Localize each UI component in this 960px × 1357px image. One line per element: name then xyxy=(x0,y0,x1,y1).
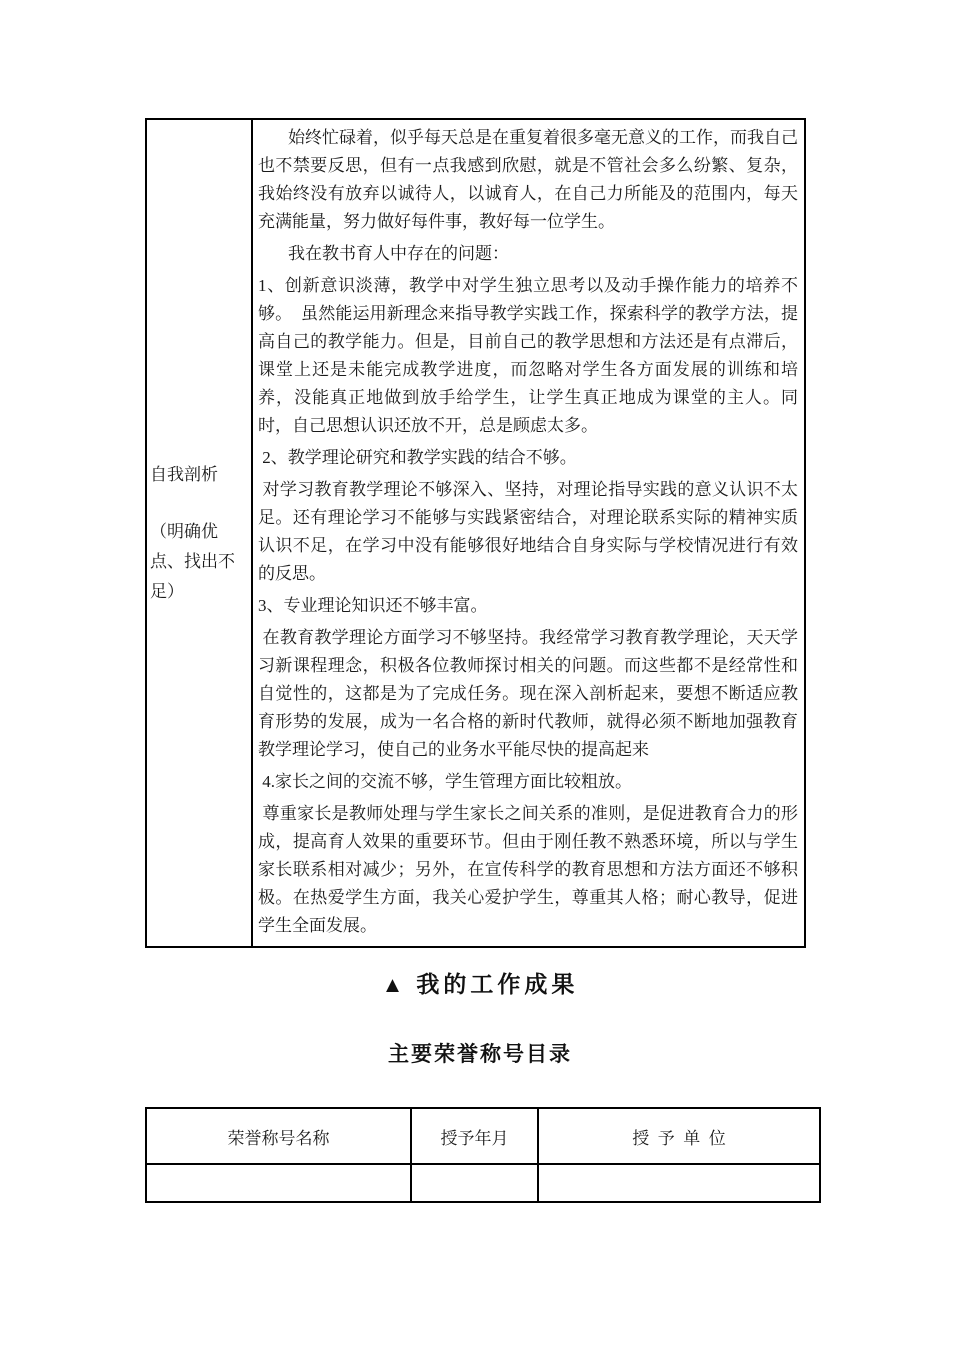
analysis-paragraph-item4-detail: 尊重家长是教师处理与学生家长之间关系的准则，是促进教育合力的形成，提高育人效果的… xyxy=(258,800,798,940)
analysis-label-cell: 自我剖析 （明确优点、找出不足） xyxy=(146,119,252,947)
honors-header-date: 授予年月 xyxy=(411,1108,538,1164)
triangle-marker-icon: ▲ xyxy=(382,972,404,997)
analysis-paragraph-item3: 3、专业理论知识还不够丰富。 xyxy=(258,592,798,620)
analysis-label-title: 自我剖析 xyxy=(150,460,249,490)
honors-data-row xyxy=(146,1164,820,1202)
self-analysis-row: 自我剖析 （明确优点、找出不足） 始终忙碌着，似乎每天总是在重复着很多毫无意义的… xyxy=(146,119,805,947)
analysis-paragraph-item4: 4.家长之间的交流不够，学生管理方面比较粗放。 xyxy=(258,768,798,796)
analysis-content-cell: 始终忙碌着，似乎每天总是在重复着很多毫无意义的工作，而我自己也不禁要反思，但有一… xyxy=(252,119,805,947)
section-heading-work-results: ▲我的工作成果 xyxy=(0,966,960,999)
honor-unit-cell[interactable] xyxy=(538,1164,820,1202)
honor-date-cell[interactable] xyxy=(411,1164,538,1202)
honor-name-cell[interactable] xyxy=(146,1164,411,1202)
analysis-paragraph-item2-detail: 对学习教育教学理论不够深入、坚持，对理论指导实践的意义认识不太足。还有理论学习不… xyxy=(258,476,798,588)
honors-table: 荣誉称号名称 授予年月 授 予 单 位 xyxy=(145,1107,821,1203)
honors-header-unit: 授 予 单 位 xyxy=(538,1108,820,1164)
analysis-label-subtitle: （明确优点、找出不足） xyxy=(150,517,249,607)
analysis-paragraph-intro: 始终忙碌着，似乎每天总是在重复着很多毫无意义的工作，而我自己也不禁要反思，但有一… xyxy=(258,124,798,236)
honors-header-name: 荣誉称号名称 xyxy=(146,1108,411,1164)
honors-header-row: 荣誉称号名称 授予年月 授 予 单 位 xyxy=(146,1108,820,1164)
analysis-paragraph-item1: 1、创新意识淡薄，教学中对学生独立思考以及动手操作能力的培养不够。 虽然能运用新… xyxy=(258,272,798,440)
analysis-paragraph-item2: 2、教学理论研究和教学实践的结合不够。 xyxy=(258,444,798,472)
section-heading-text: 我的工作成果 xyxy=(416,972,578,997)
self-analysis-table: 自我剖析 （明确优点、找出不足） 始终忙碌着，似乎每天总是在重复着很多毫无意义的… xyxy=(145,118,806,948)
document-page: 自我剖析 （明确优点、找出不足） 始终忙碌着，似乎每天总是在重复着很多毫无意义的… xyxy=(0,0,960,1357)
honors-directory-title: 主要荣誉称号目录 xyxy=(0,1038,960,1068)
analysis-paragraph-item3-detail: 在教育教学理论方面学习不够坚持。我经常学习教育教学理论，天天学习新课程理念，积极… xyxy=(258,624,798,764)
analysis-paragraph-problems-title: 我在教书育人中存在的问题： xyxy=(258,240,798,268)
